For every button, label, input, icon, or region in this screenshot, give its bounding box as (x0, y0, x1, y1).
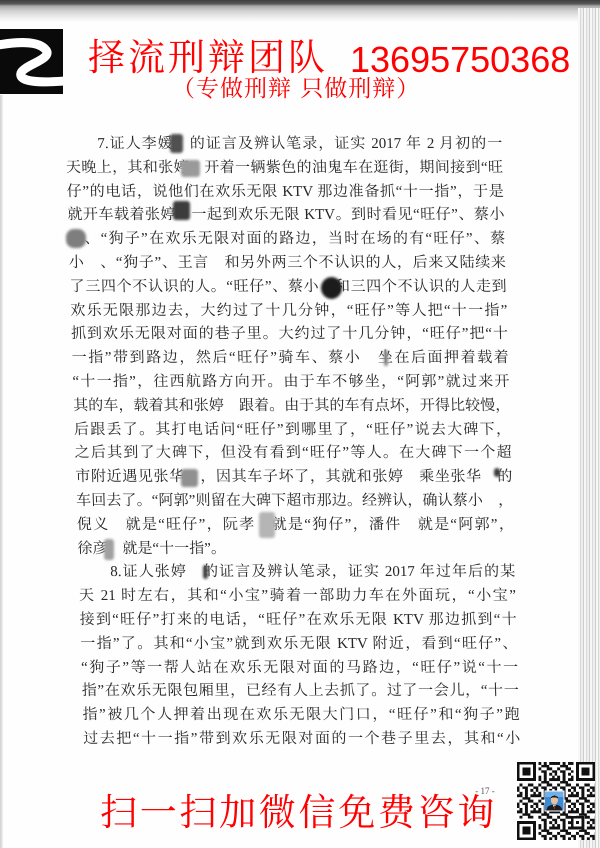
text-line: “狗子”等一帮人站在欢乐无限对面的马路边，“旺仔”说“十一 (81, 657, 519, 681)
river-logo-icon (0, 29, 63, 94)
text-line: 指”被几个人押着出现在欢乐无限大门口，“旺仔”和“狗子”跑 (82, 704, 520, 728)
text-line: 接到“旺仔”打来的电话，“旺仔”在欢乐无限 KTV 那边抓到“十 (79, 609, 517, 633)
text-line: 、“狗子”在欢乐无限对面的路边，当时在场的有“旺仔”、蔡 (68, 228, 506, 252)
phone-number: 13695750368 (350, 40, 570, 80)
text-line: 8.证人张婷 的证言及辨认笔录，证实 2017 年过年后的某 (110, 561, 516, 585)
text-line: 车回去了。“阿郭”则留在大碑下超市那边。经辨认，确认蔡小 ， (76, 490, 514, 514)
page-left-edge (0, 95, 3, 848)
text-line: 就开车载着张婷 一起到欢乐无限 KTV。到时看见“旺仔”、蔡小 (67, 204, 505, 228)
text-line: 天 21 时左右，其和“小宝”骑着一部助力车在外面玩，“小宝” (79, 585, 517, 609)
text-line: 一指”了。其和“小宝”就到欢乐无限 KTV 附近，看到“旺仔”、 (80, 633, 518, 657)
paragraph-8: 8.证人张婷 的证言及辨认笔录，证实 2017 年过年后的某 天 21 时左右，… (78, 561, 521, 751)
text-line: 其的车，载着其和张婷 跟着。由于其的车有点坏，开得比较慢， (73, 395, 511, 419)
text-line: 小 、“狗子”、王言 和另外两三个不认识的人，后来又陆续来 (69, 252, 507, 276)
paragraph-7: 7.证人李媛 的证言及辨认笔录，证实 2017 年 2 月初的一 天晚上，其和张… (65, 133, 515, 561)
wechat-consult-cta: 扫一扫加微信免费咨询 (100, 791, 497, 835)
scanned-document-page: 择流刑辩团队 13695750368 （专做刑辩 只做刑辩） 7.证人李媛 的证… (0, 0, 600, 848)
text-line: 欢乐无限那边去，大约过了十几分钟，“旺仔”等人把“十一指” (70, 300, 508, 324)
wechat-qr-code-icon (517, 762, 595, 840)
page-stack-edge (578, 8, 600, 848)
text-line: 倪义 就是“旺仔”，阮孝 就是“狗仔”，潘件 就是“阿郭”， (76, 514, 514, 538)
text-line: 一指”带到路边，然后“旺仔”骑车、蔡小 坐在后面押着载着 (71, 347, 509, 371)
scanner-top-shadow (0, 0, 600, 22)
profile-photo-icon (544, 791, 564, 812)
slogan: （专做刑辩 只做刑辩） (172, 76, 420, 102)
text-line: 仔”的电话，说他们在欢乐无限 KTV 那边准备抓“十一指”，于是 (66, 181, 504, 205)
text-line: 指”在欢乐无限包厢里，已经有人上去抓了。过了一会儿，“十一 (82, 680, 520, 704)
text-line: 徐彦 就是“十一指”。 (77, 538, 515, 562)
text-line: 后跟丢了。其打电话问“旺仔”到哪里了，“旺仔”说去大碑下， (74, 419, 512, 443)
text-line: 市附近遇见张华 ，因其车子坏了，其就和张婷 乘坐张华 的 (75, 466, 513, 490)
text-line: “十一指”，往西航路方向开。由于车不够坐，“阿郭”就过来开 (72, 371, 510, 395)
text-line: 天晚上，其和张婷 开着一辆紫色的油鬼车在逛街，期间接到“旺 (66, 157, 504, 181)
text-line: 过去把“十一指”带到欢乐无限对面的一个巷子里去，其和“小 (83, 728, 521, 752)
text-line: 之后其到了大碑下，但没有看到“旺仔”等人。在大碑下一个超 (74, 442, 512, 466)
document-body: 7.证人李媛 的证言及辨认笔录，证实 2017 年 2 月初的一 天晚上，其和张… (65, 133, 521, 752)
text-line: 抓到欢乐无限对面的巷子里。大约过了十几分钟，“旺仔”把“十 (71, 323, 509, 347)
text-line: 7.证人李媛 的证言及辨认笔录，证实 2017 年 2 月初的一 (97, 133, 503, 157)
text-line: 了三四个不认识的人。“旺仔”、蔡小 和三四个不认识的人走到 (69, 276, 507, 300)
team-name: 择流刑辩团队 (88, 38, 328, 78)
